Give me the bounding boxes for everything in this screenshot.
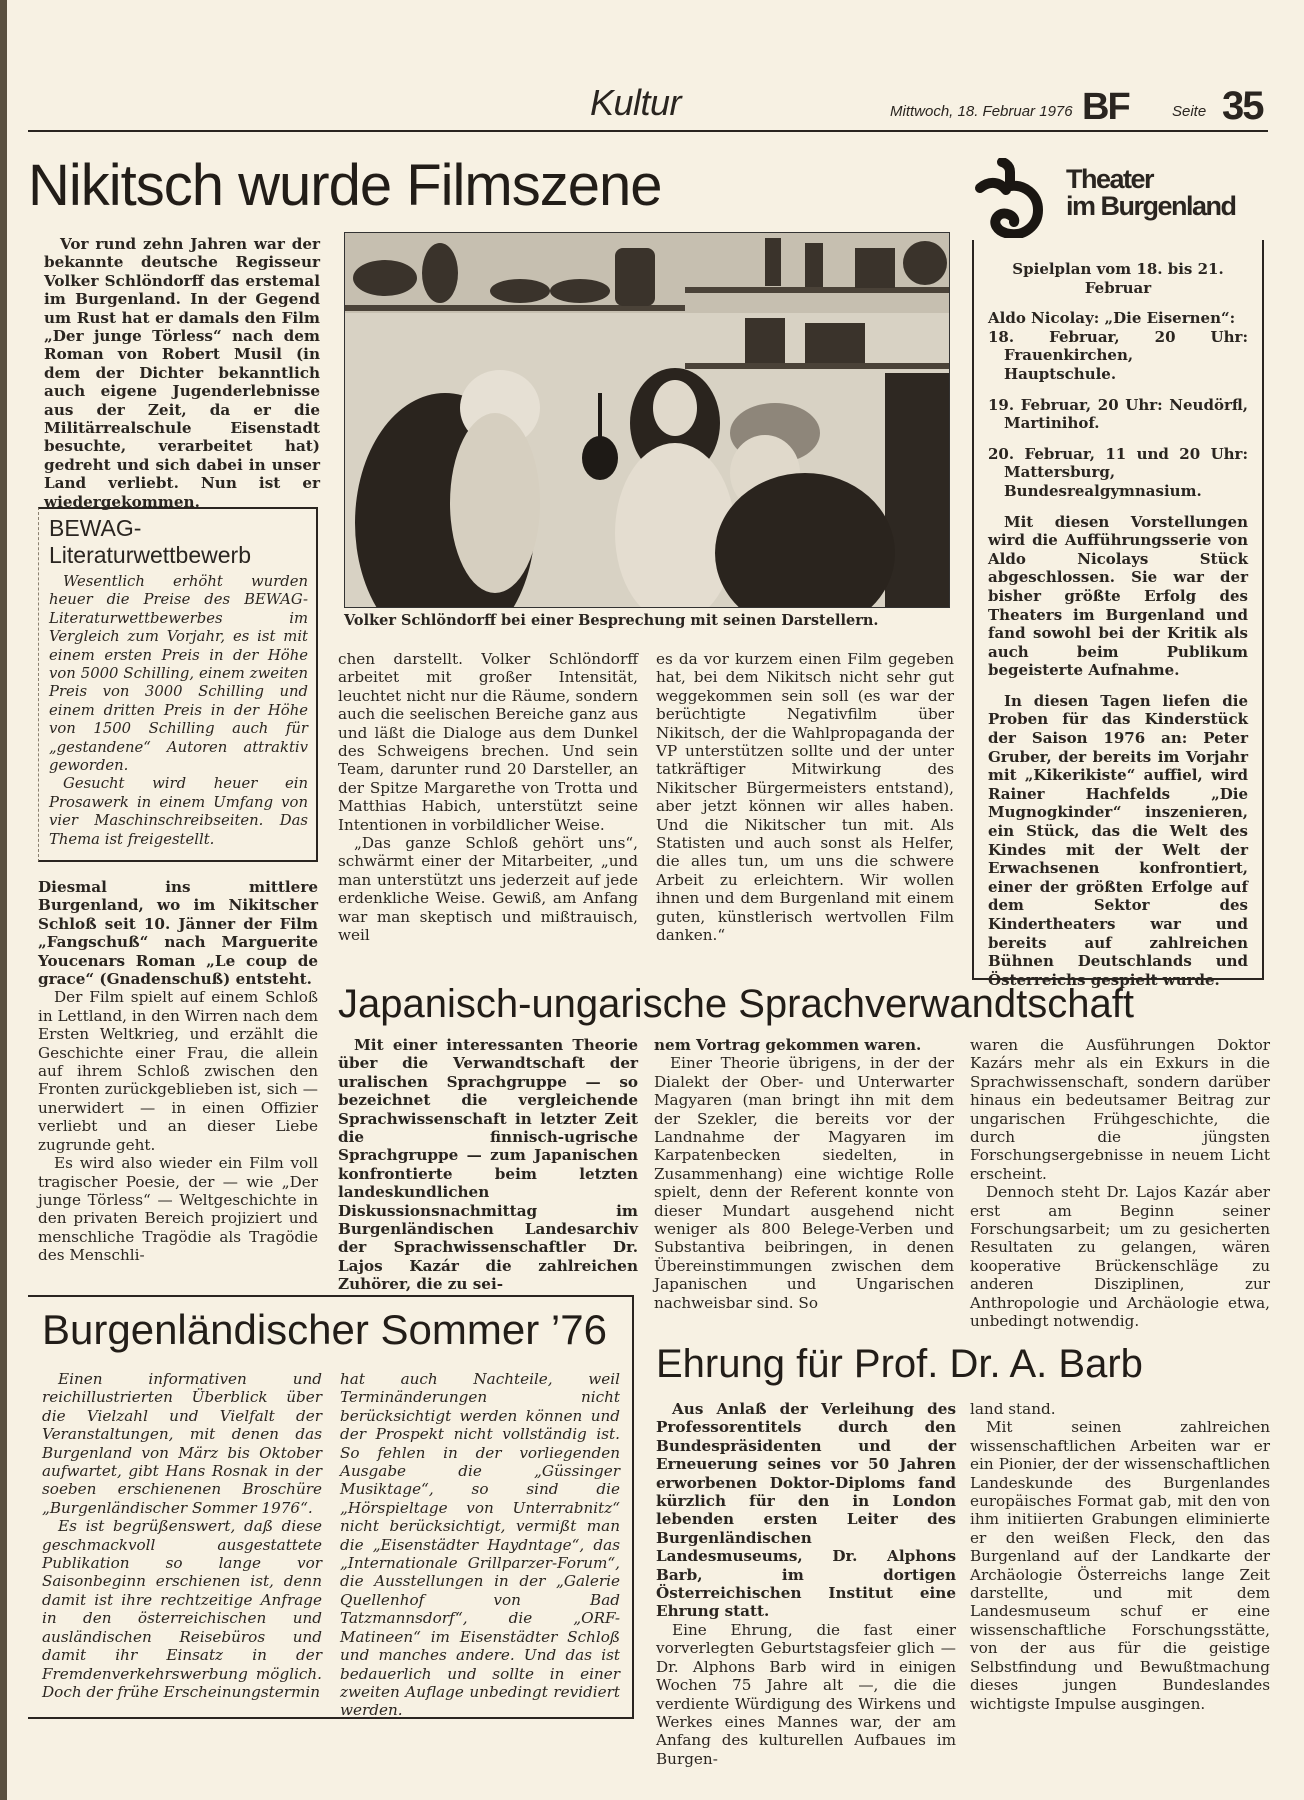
- ehrung-col2: land stand. Mit seinen zahlreichen wisse…: [970, 1400, 1270, 1713]
- headline-sommer: Burgenländischer Sommer ’76: [42, 1306, 607, 1354]
- theater-emblem-icon: [972, 158, 1062, 238]
- schedule-entry: 19. Februar, 20 Uhr: Neudörfl, Martiniho…: [988, 396, 1248, 433]
- japan-col3: waren die Ausführungen Doktor Kazárs meh…: [970, 1036, 1270, 1331]
- nikitsch-lead: Vor rund zehn Jahren war der bekannte de…: [44, 235, 320, 511]
- sommer-col2: hat auch Nachteile, weil Terminänderunge…: [340, 1370, 620, 1720]
- headline-japan: Japanisch-ungarische Sprachverwandtschaf…: [338, 982, 1134, 1027]
- page-binding-edge: [0, 0, 7, 1800]
- paper-logo: BF: [1082, 86, 1129, 129]
- schedule-play: Aldo Nicolay: „Die Eisernen“:: [988, 309, 1248, 328]
- japan-col2: nem Vortrag gekommen waren. Einer Theori…: [654, 1036, 954, 1312]
- section-title: Kultur: [590, 82, 681, 124]
- page-label: Seite: [1172, 103, 1206, 120]
- headline-nikitsch: Nikitsch wurde Filmszene: [28, 152, 662, 219]
- bewag-title: BEWAG-Literaturwettbewerb: [49, 515, 308, 569]
- theater-schedule-box: Spielplan vom 18. bis 21. Februar Aldo N…: [972, 240, 1264, 980]
- photo-kitchen-scene-icon: [345, 233, 949, 607]
- bewag-box: BEWAG-Literaturwettbewerb Wesentlich erh…: [38, 507, 318, 862]
- headline-ehrung: Ehrung für Prof. Dr. A. Barb: [656, 1342, 1143, 1387]
- japan-col1: Mit einer interessanten Theorie über die…: [338, 1036, 638, 1294]
- theater-name: Theater im Burgenland: [1066, 166, 1236, 220]
- ehrung-col1: Aus Anlaß der Verleihung des Professoren…: [656, 1400, 956, 1768]
- sommer-col1: Einen informativen und reichillustrierte…: [42, 1370, 322, 1701]
- photo-caption: Volker Schlöndorff bei einer Besprechung…: [344, 612, 878, 629]
- issue-date: Mittwoch, 18. Februar 1976: [890, 103, 1073, 120]
- page-number: 35: [1222, 84, 1263, 129]
- nikitsch-col2: chen darstellt. Volker Schlöndorff arbei…: [338, 650, 638, 945]
- schedule-entry: 18. Februar, 20 Uhr: Frauenkirchen, Haup…: [988, 328, 1248, 384]
- nikitsch-col3: es da vor kurzem einen Film gegeben hat,…: [656, 650, 954, 945]
- masthead-rule: [28, 130, 1268, 132]
- bewag-body: Wesentlich erhöht wurden heuer die Preis…: [49, 573, 308, 849]
- nikitsch-col1: Diesmal ins mittlere Burgenland, wo im N…: [38, 878, 318, 1265]
- schedule-title: Spielplan vom 18. bis 21. Februar: [988, 260, 1248, 297]
- article-photo: [344, 232, 950, 608]
- schedule-entry: 20. Februar, 11 und 20 Uhr: Mattersburg,…: [988, 445, 1248, 501]
